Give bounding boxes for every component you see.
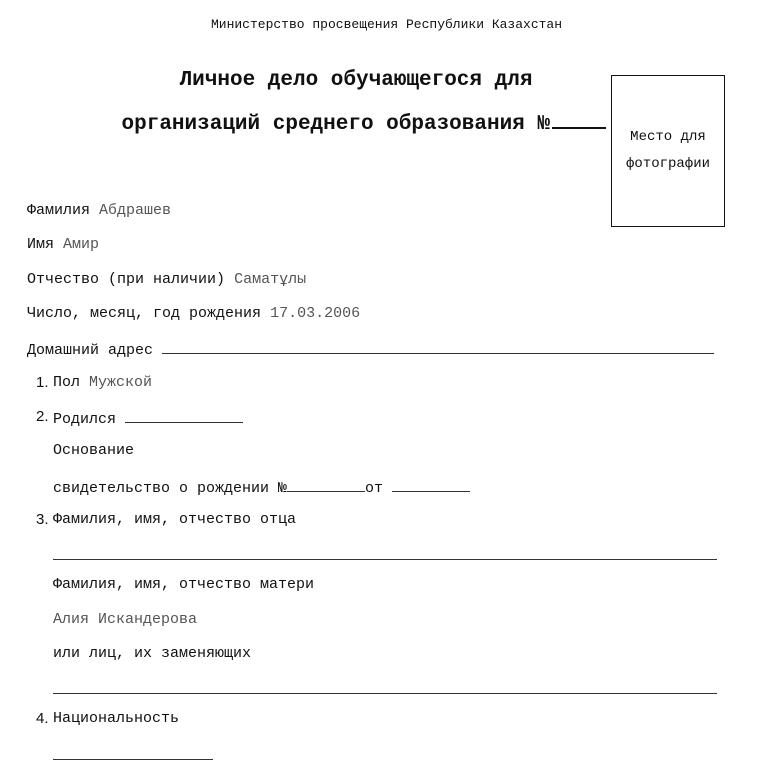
item-number-4: 4. bbox=[36, 709, 49, 729]
certificate-field: свидетельство о рождении №от bbox=[53, 476, 470, 499]
certificate-label: свидетельство о рождении № bbox=[53, 480, 287, 497]
address-field: Домашний адрес bbox=[27, 338, 714, 361]
patronymic-field: Отчество (при наличии) Саматұлы bbox=[27, 270, 306, 290]
document-title-line1: Личное дело обучающегося для bbox=[100, 69, 612, 92]
item-number-1: 1. bbox=[36, 373, 49, 393]
guardians-blank[interactable] bbox=[53, 693, 717, 694]
ministry-header: Министерство просвещения Республики Каза… bbox=[0, 17, 773, 32]
birthdate-label: Число, месяц, год рождения bbox=[27, 305, 261, 322]
born-label: Родился bbox=[53, 411, 116, 428]
surname-field: Фамилия Абдрашев bbox=[27, 201, 171, 221]
item-number-2: 2. bbox=[36, 407, 49, 427]
sex-label: Пол bbox=[53, 374, 80, 391]
name-value[interactable]: Амир bbox=[63, 236, 99, 253]
born-blank[interactable] bbox=[125, 407, 243, 423]
address-blank[interactable] bbox=[162, 338, 714, 354]
sex-value[interactable]: Мужской bbox=[89, 374, 152, 391]
nationality-label: Национальность bbox=[53, 709, 179, 729]
father-blank[interactable] bbox=[53, 559, 717, 560]
address-label: Домашний адрес bbox=[27, 342, 153, 359]
mother-label: Фамилия, имя, отчество матери bbox=[53, 575, 314, 595]
file-number-blank[interactable] bbox=[552, 109, 606, 129]
patronymic-value[interactable]: Саматұлы bbox=[234, 271, 306, 288]
photo-label-line2: фотографии bbox=[626, 151, 710, 178]
birthdate-field: Число, месяц, год рождения 17.03.2006 bbox=[27, 304, 360, 324]
certificate-number-blank[interactable] bbox=[287, 476, 365, 492]
item-number-3: 3. bbox=[36, 510, 49, 530]
basis-label: Основание bbox=[53, 441, 134, 461]
patronymic-label: Отчество (при наличии) bbox=[27, 271, 225, 288]
birthdate-value[interactable]: 17.03.2006 bbox=[270, 305, 360, 322]
mother-value[interactable]: Алия Искандерова bbox=[53, 610, 197, 630]
name-label: Имя bbox=[27, 236, 54, 253]
surname-label: Фамилия bbox=[27, 202, 90, 219]
father-label: Фамилия, имя, отчество отца bbox=[53, 510, 296, 530]
document-title-line2: организаций среднего образования № bbox=[100, 109, 606, 136]
certificate-from-label: от bbox=[365, 480, 383, 497]
surname-value[interactable]: Абдрашев bbox=[99, 202, 171, 219]
nationality-blank[interactable] bbox=[53, 759, 213, 760]
photo-placeholder: Место для фотографии bbox=[611, 75, 725, 227]
guardians-label: или лиц, их заменяющих bbox=[53, 644, 251, 664]
name-field: Имя Амир bbox=[27, 235, 99, 255]
sex-field: Пол Мужской bbox=[53, 373, 152, 393]
photo-label-line1: Место для bbox=[626, 124, 710, 151]
certificate-date-blank[interactable] bbox=[392, 476, 470, 492]
document-title-text: организаций среднего образования № bbox=[122, 113, 550, 136]
born-field: Родился bbox=[53, 407, 243, 430]
